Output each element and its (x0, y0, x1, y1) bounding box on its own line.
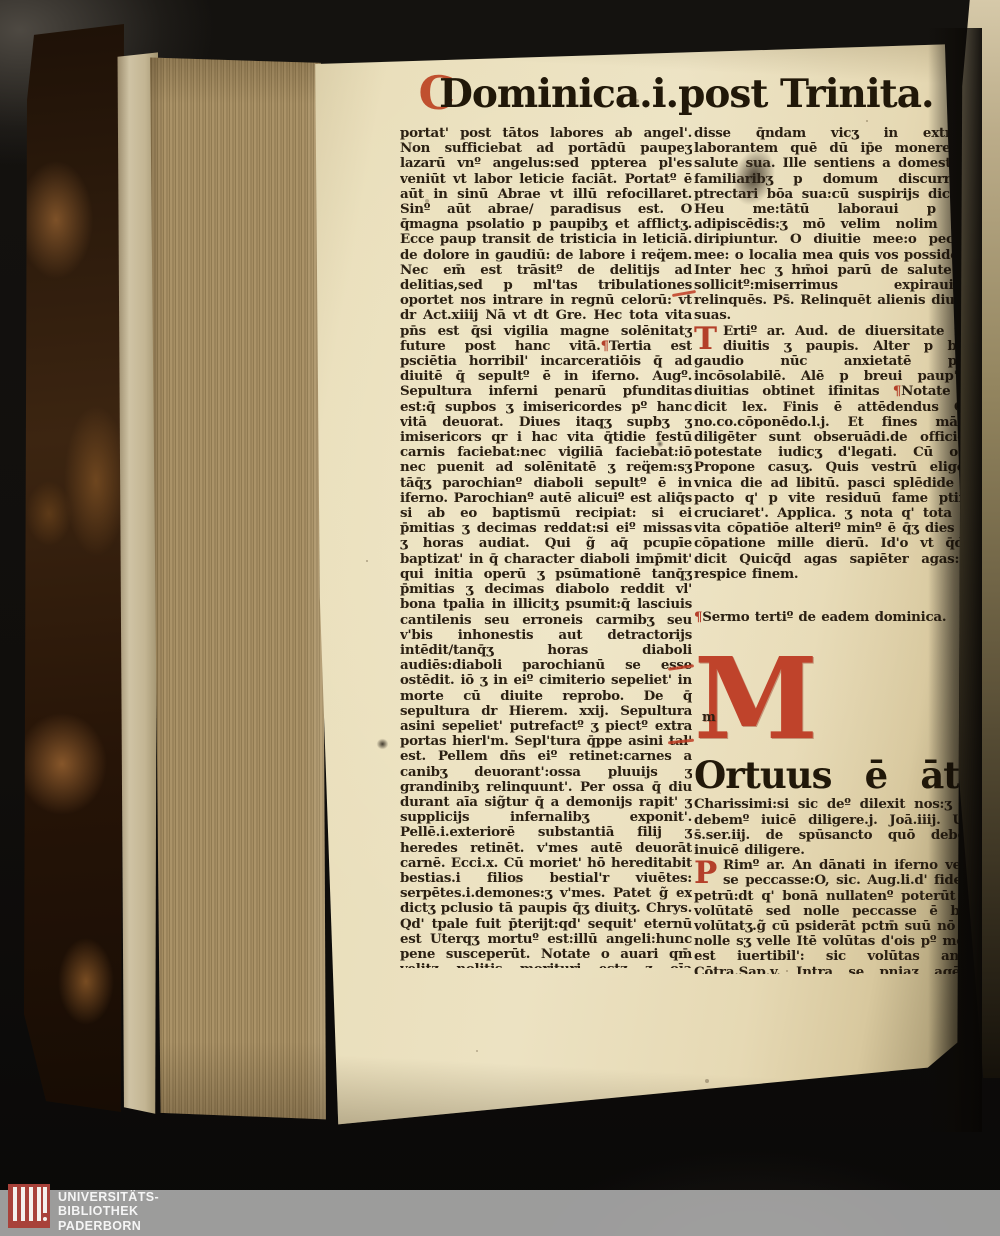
book-scan-photo: CDominica.i.post Trinita. portat' post t… (0, 0, 1000, 1236)
library-logo-icon (8, 1184, 50, 1228)
guide-letter: m (702, 711, 716, 724)
library-name-line: BIBLIOTHEK (58, 1204, 159, 1219)
foxing-speckles (306, 40, 308, 42)
rubric-initial: Mm (694, 653, 780, 753)
book-page: CDominica.i.post Trinita. portat' post t… (306, 40, 964, 1132)
body-text-run: Sermo tertiº de eadem dominica. (702, 609, 946, 625)
library-name-line: PADERBORN (58, 1219, 159, 1234)
page-title: Dominica.i.post Trinita. (439, 71, 933, 117)
body-text-run: portat' post tātos labores ab angel'. No… (400, 126, 692, 354)
page-heading: CDominica.i.post Trinita. (406, 64, 946, 118)
body-text-run: Tertia est psciētia horribil' incarcerat… (400, 338, 692, 968)
library-name-line: UNIVERSITÄTS- (58, 1190, 159, 1205)
gutter-shadow (928, 28, 982, 1132)
page-fore-edge (150, 50, 326, 1128)
paragraph: portat' post tātos labores ab angel'. No… (400, 126, 692, 968)
rubric-initial: P (694, 859, 720, 888)
rubric-mark: ¶ (601, 338, 609, 354)
rubric-mark: ¶ (893, 383, 901, 399)
rubric-initial: T (694, 325, 720, 354)
library-name: UNIVERSITÄTS- BIBLIOTHEK PADERBORN (58, 1190, 159, 1234)
text-column-left: portat' post tātos labores ab angel'. No… (400, 126, 692, 968)
ink-blot (376, 738, 389, 750)
book-cover-leather (24, 24, 124, 1112)
